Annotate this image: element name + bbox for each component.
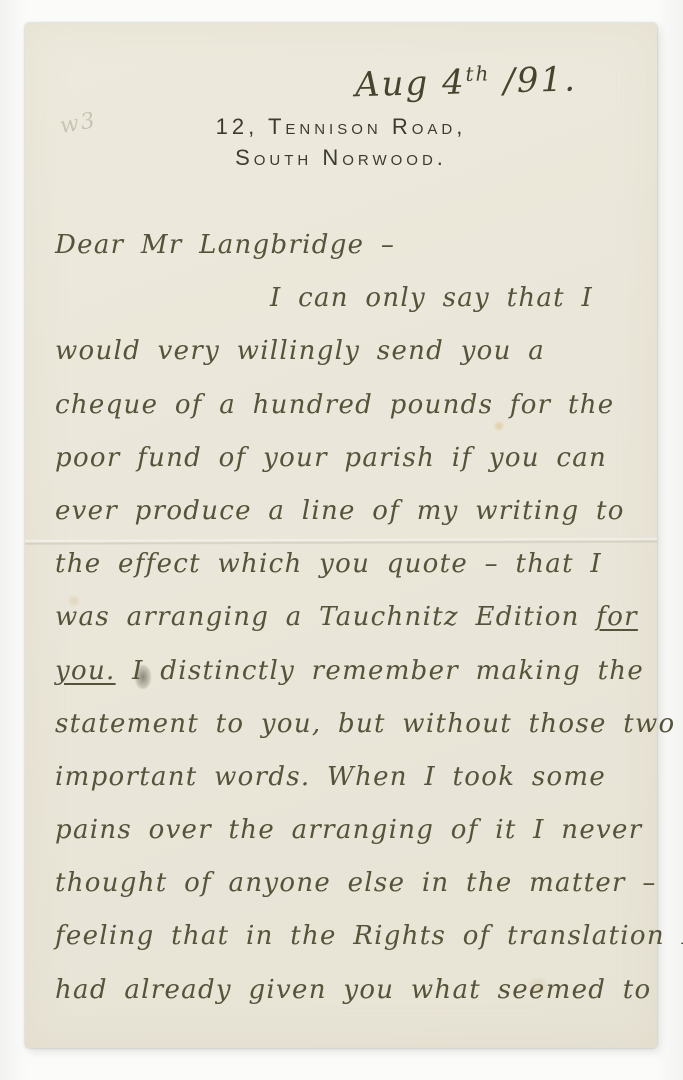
line-text: the effect which you quote – that I xyxy=(55,549,602,579)
letter-line: poor fund of your parish if you can xyxy=(55,443,647,496)
letter-line: important words. When I took some xyxy=(55,762,647,815)
letter-line: ever produce a line of my writing to xyxy=(55,496,647,549)
date-month-day: Aug 4 xyxy=(355,62,467,105)
letter-line: Dear Mr Langbridge – xyxy=(55,230,647,283)
line-text: poor fund of your parish if you can xyxy=(55,443,607,473)
line-text: had already given you what seemed to xyxy=(55,975,651,1005)
line-text: feeling that in the Rights of translatio… xyxy=(55,921,683,951)
letter-line: was arranging a Tauchnitz Edition for xyxy=(55,602,647,655)
line-text: was arranging a Tauchnitz Edition xyxy=(55,602,596,632)
letter-line: you. I distinctly remember making the xyxy=(55,656,647,709)
letterhead: 12, Tennison Road, South Norwood. xyxy=(25,111,657,173)
line-text: would very willingly send you a xyxy=(55,336,545,366)
letter-paper: Aug 4th /91. 12, Tennison Road, South No… xyxy=(25,23,657,1048)
letter-line: would very willingly send you a xyxy=(55,336,647,389)
page-background: Aug 4th /91. 12, Tennison Road, South No… xyxy=(0,0,683,1080)
date-year: /91. xyxy=(490,59,577,101)
line-text: thought of anyone else in the matter – xyxy=(55,868,657,898)
letterhead-address-line1: 12, Tennison Road, xyxy=(25,111,657,142)
line-text: ever produce a line of my writing to xyxy=(55,496,625,526)
line-text: important words. When I took some xyxy=(55,762,606,792)
letter-body: Dear Mr Langbridge –I can only say that … xyxy=(55,230,647,1028)
letter-line: feeling that in the Rights of translatio… xyxy=(55,921,647,974)
date-ordinal: th xyxy=(465,61,491,86)
letter-line: cheque of a hundred pounds for the xyxy=(55,390,647,443)
line-text: cheque of a hundred pounds for the xyxy=(55,390,614,420)
letter-line: pains over the arranging of it I never xyxy=(55,815,647,868)
letter-date: Aug 4th /91. xyxy=(355,57,656,105)
line-text: pains over the arranging of it I never xyxy=(55,815,642,845)
letter-line: the effect which you quote – that I xyxy=(55,549,647,602)
line-text: statement to you, but without those two xyxy=(55,709,675,739)
letter-line: I can only say that I xyxy=(55,283,647,336)
letterhead-address-line2: South Norwood. xyxy=(25,142,657,173)
letter-line: statement to you, but without those two xyxy=(55,709,647,762)
line-text: Dear Mr Langbridge – xyxy=(55,230,395,260)
line-text: I can only say that I xyxy=(270,283,593,313)
underlined-word: for xyxy=(596,602,638,632)
line-text: I distinctly remember making the xyxy=(116,656,644,686)
letter-line: had already given you what seemed to xyxy=(55,975,647,1028)
underlined-word: you. xyxy=(55,656,116,686)
letter-line: thought of anyone else in the matter – xyxy=(55,868,647,921)
